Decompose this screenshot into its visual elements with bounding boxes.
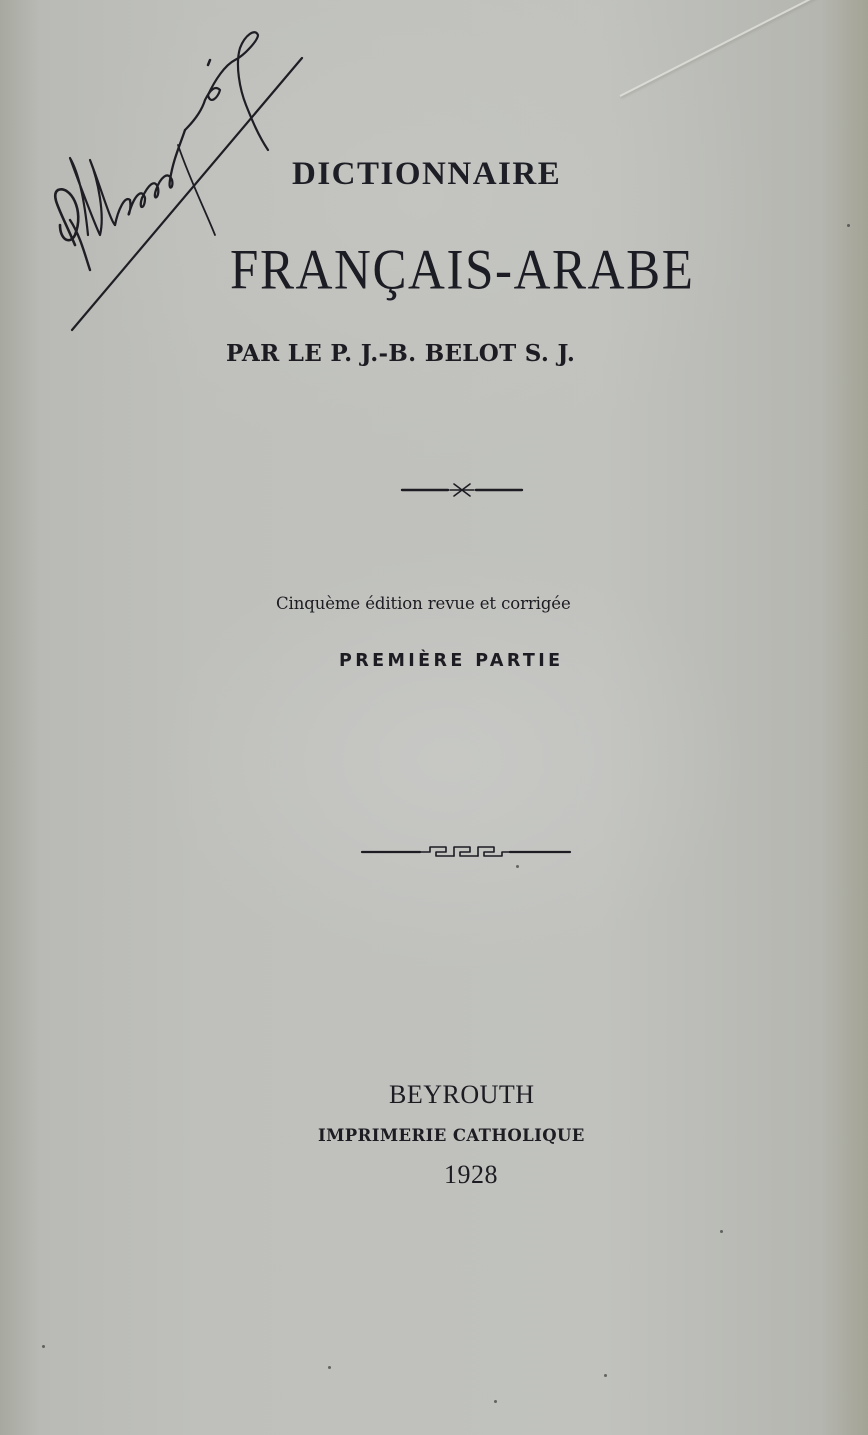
paper-crease (620, 0, 835, 97)
part-label: PREMIÈRE PARTIE (339, 651, 564, 671)
paper-speck (494, 1400, 497, 1403)
edition-statement: Cinquème édition revue et corrigée (276, 594, 571, 613)
paper-speck (720, 1230, 723, 1233)
paper-speck (604, 1374, 607, 1377)
paper-speck (847, 224, 850, 227)
imprint-city: BEYROUTH (389, 1080, 535, 1110)
author-line: PAR LE P. J.-B. BELOT S. J. (226, 340, 575, 367)
paper-speck (42, 1345, 45, 1348)
paper-speck (328, 1366, 331, 1369)
imprint-year: 1928 (444, 1160, 498, 1190)
title-page: DICTIONNAIRE FRANÇAIS-ARABE PAR LE P. J.… (0, 0, 868, 1435)
title-line-2: FRANÇAIS-ARABE (230, 238, 694, 303)
paper-speck (516, 865, 519, 868)
title-line-1: DICTIONNAIRE (292, 156, 561, 193)
greek-key-rule-ornament-icon (358, 842, 574, 860)
asterisk-rule-ornament-icon (400, 480, 524, 500)
imprint-printer: IMPRIMERIE CATHOLIQUE (318, 1126, 585, 1145)
